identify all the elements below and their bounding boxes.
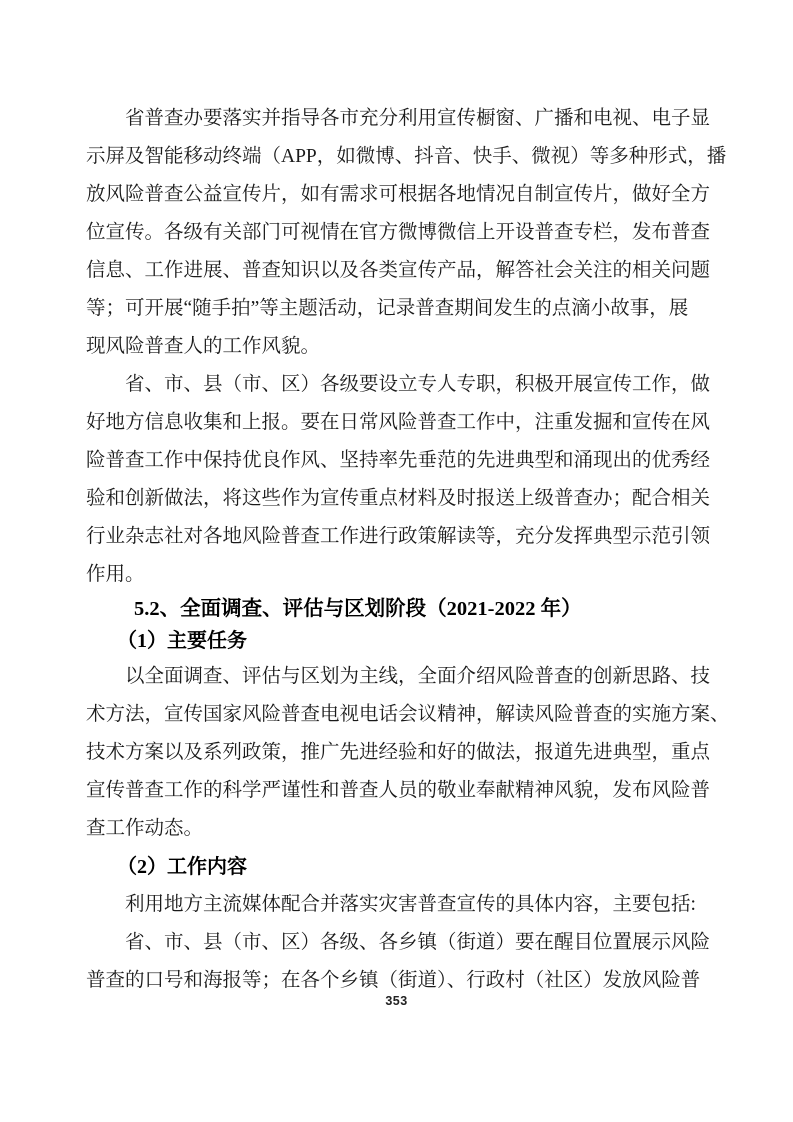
document-body: 省普查办要落实并指导各市充分利用宣传橱窗、广播和电视、电子显 示屏及智能移动终端… xyxy=(86,100,710,1000)
body-paragraph-staffing-reporting: 省、市、县（市、区）各级要设立专人专职，积极开展宣传工作，做 好地方信息收集和上… xyxy=(86,366,710,594)
section-heading-5-2: 5.2、全面调查、评估与区划阶段（2021-2022 年） xyxy=(86,594,710,624)
page-number: 353 xyxy=(0,994,793,1008)
document-page: 省普查办要落实并指导各市充分利用宣传橱窗、广播和电视、电子显 示屏及智能移动终端… xyxy=(0,0,793,1122)
body-paragraph-main-tasks: 以全面调查、评估与区划为主线，全面介绍风险普查的创新思路、技 术方法，宣传国家风… xyxy=(86,658,710,848)
body-paragraph-posters-slogans: 省、市、县（市、区）各级、各乡镇（街道）要在醒目位置展示风险 普查的口号和海报等… xyxy=(86,924,710,1000)
body-paragraph-media-intro: 利用地方主流媒体配合并落实灾害普查宣传的具体内容，主要包括: xyxy=(86,886,710,924)
sub-heading-work-content: （2）工作内容 xyxy=(86,848,710,886)
sub-heading-main-tasks: （1）主要任务 xyxy=(86,624,710,658)
body-paragraph-publicity-channels: 省普查办要落实并指导各市充分利用宣传橱窗、广播和电视、电子显 示屏及智能移动终端… xyxy=(86,100,710,366)
